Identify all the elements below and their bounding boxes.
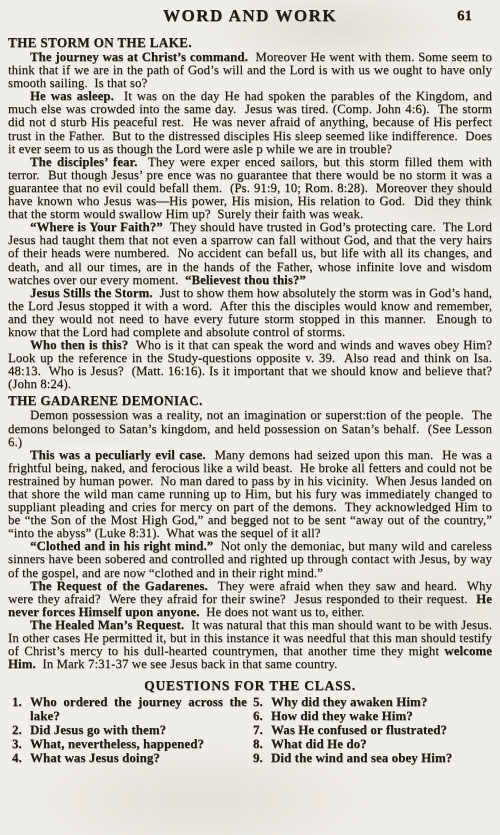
question-text: What did He do? bbox=[271, 738, 492, 752]
paragraph: The journey was at Christ’s command. Mor… bbox=[8, 51, 492, 90]
section-heading: THE GADARENE DEMONIAC. bbox=[8, 394, 492, 408]
question-item: 2.Did Jesus go with them? bbox=[12, 724, 251, 738]
question-text: How did they wake Him? bbox=[271, 710, 492, 724]
body-text: In Mark 7:31-37 we see Jesus back in tha… bbox=[36, 657, 338, 671]
paragraph: The Request of the Gadarenes. They were … bbox=[8, 580, 492, 619]
bold-lead-in: The Healed Man’s Request. bbox=[30, 618, 184, 632]
paragraph: The disciples’ fear. They were exper enc… bbox=[8, 156, 492, 221]
bold-lead-in: “Believest thou this?” bbox=[185, 273, 306, 287]
journal-title: WORD AND WORK bbox=[163, 6, 337, 25]
bold-lead-in: “Clothed and in his right mind.” bbox=[30, 539, 213, 553]
question-item: 7.Was He confused or flustrated? bbox=[253, 724, 492, 738]
questions-heading: QUESTIONS FOR THE CLASS. bbox=[8, 679, 492, 692]
question-text: What was Jesus doing? bbox=[30, 752, 251, 766]
paragraph: This was a peculiarly evil case. Many de… bbox=[8, 449, 492, 541]
question-text: Did the wind and sea obey Him? bbox=[271, 752, 492, 766]
body-text: He does not want us to, either. bbox=[200, 605, 365, 619]
bold-lead-in: Jesus Stills the Storm. bbox=[30, 286, 153, 300]
question-item: 1.Who ordered the journey across the lak… bbox=[12, 696, 251, 724]
scanned-page: WORD AND WORK 61 THE STORM ON THE LAKE.T… bbox=[0, 0, 500, 835]
bold-lead-in: The Request of the Gadarenes. bbox=[30, 579, 208, 593]
paragraph: Jesus Stills the Storm. Just to show the… bbox=[8, 287, 492, 339]
bold-lead-in: “Where is Your Faith?” bbox=[30, 220, 163, 234]
question-text: Was He confused or flustrated? bbox=[271, 724, 492, 738]
page-number: 61 bbox=[457, 8, 472, 25]
questions-column-right: 5.Why did they awaken Him?6.How did they… bbox=[251, 696, 492, 766]
question-text: Why did they awaken Him? bbox=[271, 696, 492, 710]
question-number: 4. bbox=[12, 752, 30, 766]
question-number: 2. bbox=[12, 724, 30, 738]
question-item: 9.Did the wind and sea obey Him? bbox=[253, 752, 492, 766]
section-heading: THE STORM ON THE LAKE. bbox=[8, 36, 492, 50]
paragraph: “Where is Your Faith?” They should have … bbox=[8, 221, 492, 286]
bold-lead-in: The disciples’ fear. bbox=[30, 155, 137, 169]
question-text: Did Jesus go with them? bbox=[30, 724, 251, 738]
body-text: Demon possession was a reality, not an i… bbox=[8, 408, 495, 448]
question-number: 1. bbox=[12, 696, 30, 724]
question-text: Who ordered the journey across the lake? bbox=[30, 696, 251, 724]
question-number: 3. bbox=[12, 738, 30, 752]
bold-lead-in: He was asleep. bbox=[30, 89, 114, 103]
questions-columns: 1.Who ordered the journey across the lak… bbox=[8, 696, 492, 766]
question-item: 8.What did He do? bbox=[253, 738, 492, 752]
question-number: 7. bbox=[253, 724, 271, 738]
question-item: 6.How did they wake Him? bbox=[253, 710, 492, 724]
body-text: Many demons had seized upon this man. He… bbox=[8, 448, 495, 541]
question-number: 5. bbox=[253, 696, 271, 710]
question-item: 5.Why did they awaken Him? bbox=[253, 696, 492, 710]
paragraph: He was asleep. It was on the day He had … bbox=[8, 90, 492, 155]
bold-lead-in: The journey was at Christ’s command. bbox=[30, 50, 248, 64]
question-text: What, nevertheless, happened? bbox=[30, 738, 251, 752]
bold-lead-in: Who then is this? bbox=[30, 338, 128, 352]
question-item: 4.What was Jesus doing? bbox=[12, 752, 251, 766]
question-item: 3.What, nevertheless, happened? bbox=[12, 738, 251, 752]
question-number: 9. bbox=[253, 752, 271, 766]
paragraph: Demon possession was a reality, not an i… bbox=[8, 409, 492, 448]
question-number: 6. bbox=[253, 710, 271, 724]
paragraph: The Healed Man’s Request. It was natural… bbox=[8, 619, 492, 671]
questions-column-left: 1.Who ordered the journey across the lak… bbox=[8, 696, 251, 766]
bold-lead-in: This was a peculiarly evil case. bbox=[30, 448, 206, 462]
paragraph: Who then is this? Who is it that can spe… bbox=[8, 339, 492, 391]
questions-section: QUESTIONS FOR THE CLASS. 1.Who ordered t… bbox=[8, 679, 492, 766]
page-header: WORD AND WORK 61 bbox=[8, 6, 492, 33]
article-sections: THE STORM ON THE LAKE.The journey was at… bbox=[8, 36, 492, 671]
paragraph: “Clothed and in his right mind.” Not onl… bbox=[8, 540, 492, 579]
question-number: 8. bbox=[253, 738, 271, 752]
